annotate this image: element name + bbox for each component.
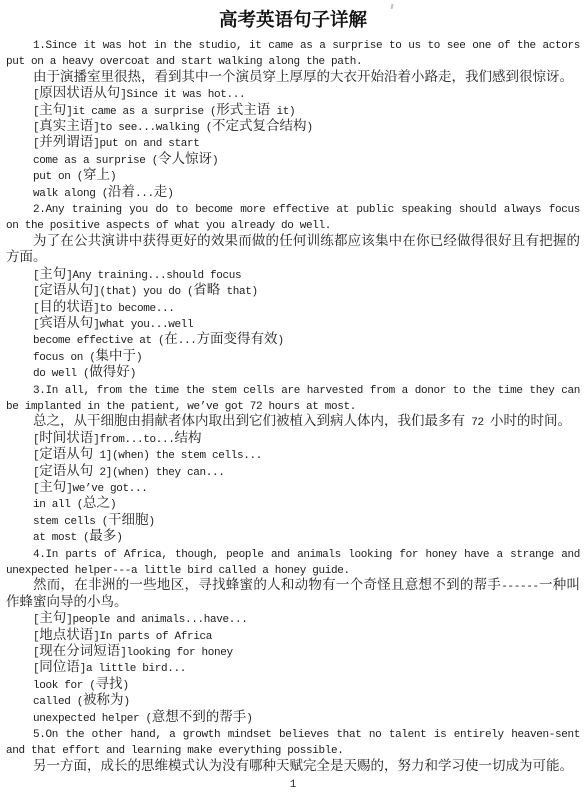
latin-text: ) [149,516,155,528]
section-4-analysis-5: look for (寻找) [6,678,580,694]
latin-text: put on ( [33,171,83,183]
section-1-analysis-1: [原因状语从句]Since it was hot... [6,87,580,103]
latin-text: called ( [33,696,83,708]
latin-text: ]looking for honey [120,647,233,659]
latin-text: [ [33,303,39,315]
latin-text: ]Any training...should focus [66,270,241,282]
section-3-translation: 总之，从干细胞由捐献者体内取出到它们被植入到病人体内，我们最多有 72 小时的时… [6,415,580,431]
latin-text: ]to become... [93,303,174,315]
latin-text: 4.In parts of Africa, though, people and… [6,549,580,577]
latin-text: [ [33,106,39,118]
latin-text: ](that) you do ( [93,286,193,298]
latin-text: [ [33,89,39,101]
latin-text: in all ( [33,499,83,511]
latin-text: walk along ( [33,188,108,200]
latin-text: ) [246,713,252,725]
latin-text: ... [178,335,197,347]
latin-text: ]from...to... [93,434,174,446]
latin-text: ------ [501,581,539,593]
section-5-sentence: 5.On the other hand, a growth mindset be… [6,727,580,760]
latin-text: ) [307,122,313,134]
latin-text: unexpected helper ( [33,713,152,725]
latin-text: ) [130,368,136,380]
section-3-analysis-7: at most (最多) [6,530,580,546]
section-4-analysis-3: [现在分词短语]looking for honey [6,645,580,661]
section-2-analysis-4: [宾语从句]what you...well [6,317,580,333]
section-4-analysis-7: unexpected helper (意想不到的帮手) [6,711,580,727]
section-2-analysis-5: become effective at (在...方面变得有效) [6,333,580,349]
latin-text: [ [33,483,39,495]
section-1-analysis-5: come as a surprise (令人惊讶) [6,153,580,169]
section-3-analysis-3: [定语从句 2](when) they can... [6,465,580,481]
section-4-analysis-6: called (被称为) [6,694,580,710]
latin-text: ... [135,188,154,200]
latin-text: ]In parts of Africa [93,631,212,643]
section-4-translation: 然而，在非洲的一些地区，寻找蜂蜜的人和动物有一个奇怪且意想不到的帮手------… [6,579,580,612]
latin-text: that) [220,286,258,298]
latin-text: [ [33,467,39,479]
latin-text: stem cells ( [33,516,108,528]
page-number: 1 [6,778,580,792]
latin-text: 72 [465,417,490,429]
latin-text: focus on ( [33,352,96,364]
latin-text: 1](when) the stem cells... [93,450,262,462]
section-1-sentence: 1.Since it was hot in the studio, it cam… [6,38,580,71]
section-2-analysis-2: [定语从句](that) you do (省略 that) [6,284,580,300]
latin-text: [ [33,138,39,150]
latin-text: ) [110,171,116,183]
section-5-translation: 另一方面，成长的思维模式认为没有哪种天赋完全是天赐的，努力和学习使一切成为可能。 [6,760,580,776]
latin-text: at most ( [33,532,89,544]
latin-text: [ [33,270,39,282]
latin-text: ) [136,352,142,364]
section-2-translation: 为了在公共演讲中获得更好的效果而做的任何训练都应该集中在你已经做得很好且有把握的… [6,235,580,268]
latin-text: do well ( [33,368,89,380]
latin-text: [ [33,663,39,675]
latin-text: ]Since it was hot... [120,89,245,101]
latin-text: ]what you...well [93,319,193,331]
section-3-analysis-1: [时间状语]from...to...结构 [6,432,580,448]
latin-text: ) [110,499,116,511]
latin-text: it) [270,106,295,118]
latin-text: [ [33,286,39,298]
latin-text: [ [33,122,39,134]
section-4-analysis-1: [主句]people and animals...have... [6,612,580,628]
section-1-analysis-4: [并列谓语]put on and start [6,136,580,152]
latin-text: look for ( [33,680,96,692]
latin-text: ) [116,532,122,544]
latin-text: [ [33,631,39,643]
latin-text: [ [33,450,39,462]
latin-text: 1.Since it was hot in the studio, it cam… [6,40,580,68]
section-3-analysis-5: in all (总之) [6,497,580,513]
section-2-analysis-7: do well (做得好) [6,366,580,382]
section-2-analysis-6: focus on (集中于) [6,350,580,366]
section-1-translation: 由于演播室里很热，看到其中一个演员穿上厚厚的大衣开始沿着小路走，我们感到很惊讶。 [6,71,580,87]
latin-text: [ [33,647,39,659]
section-3-sentence: 3.In all, from the time the stem cells a… [6,383,580,416]
section-4-analysis-4: [同位语]a little bird... [6,661,580,677]
section-4-analysis-2: [地点状语]In parts of Africa [6,629,580,645]
section-3-analysis-4: [主句]we’ve got... [6,481,580,497]
document-body: 1.Since it was hot in the studio, it cam… [6,38,580,776]
page-title: 高考英语句子详解 [6,8,580,31]
section-3-analysis-2: [定语从句 1](when) the stem cells... [6,448,580,464]
latin-text: 2.Any training you do to become more eff… [6,204,580,232]
latin-text: come as a surprise ( [33,155,158,167]
latin-text: ) [212,155,218,167]
latin-text: ]people and animals...have... [66,614,247,626]
latin-text: [ [33,319,39,331]
latin-text: ]it came as a surprise ( [66,106,216,118]
latin-text: [ [33,614,39,626]
latin-text: ]to see...walking ( [93,122,212,134]
section-2-analysis-1: [主句]Any training...should focus [6,268,580,284]
section-1-analysis-6: put on (穿上) [6,169,580,185]
section-1-analysis-2: [主句]it came as a surprise (形式主语 it) [6,104,580,120]
latin-text: ]a little bird... [80,663,186,675]
document-page: 高考英语句子详解 1.Since it was hot in the studi… [0,0,586,800]
latin-text: become effective at ( [33,335,164,347]
latin-text: 3.In all, from the time the stem cells a… [6,385,580,413]
section-1-analysis-7: walk along (沿着...走) [6,186,580,202]
latin-text: ) [167,188,173,200]
section-2-analysis-3: [目的状语]to become... [6,301,580,317]
section-4-sentence: 4.In parts of Africa, though, people and… [6,547,580,580]
latin-text: ]put on and start [93,138,199,150]
section-2-sentence: 2.Any training you do to become more eff… [6,202,580,235]
section-1-analysis-3: [真实主语]to see...walking (不定式复合结构) [6,120,580,136]
latin-text: 5.On the other hand, a growth mindset be… [6,729,580,757]
latin-text: ) [124,696,130,708]
latin-text: ]we’ve got... [66,483,147,495]
latin-text: 2](when) they can... [93,467,224,479]
latin-text: ) [123,680,129,692]
section-3-analysis-6: stem cells (干细胞) [6,514,580,530]
latin-text: [ [33,434,39,446]
latin-text: ) [278,335,284,347]
